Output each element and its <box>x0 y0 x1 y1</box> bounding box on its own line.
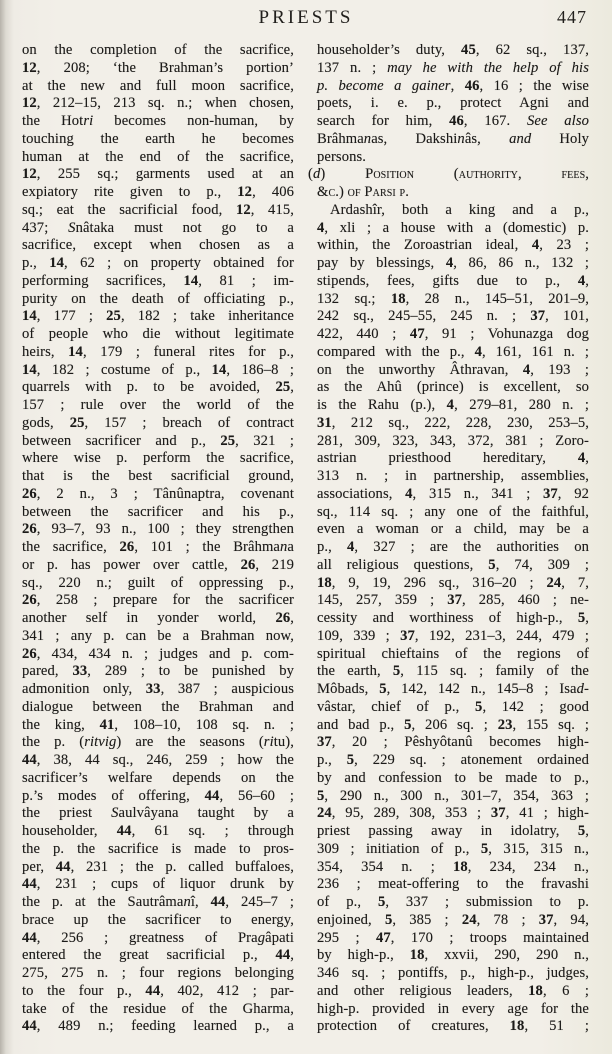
text-line: on the unworthy Âthravan, 4, 193 ; <box>317 362 589 380</box>
text-line: spiritual chieftains of the regions of <box>317 646 589 664</box>
text-line: gods, 25, 157 ; breach of contract <box>22 415 294 433</box>
text-line: 31, 212 sq., 222, 228, 230, 253–5, <box>317 415 589 433</box>
text-line: to the four p., 44, 402, 412 ; par- <box>22 983 294 1001</box>
text-line: as the Ahû (prince) is excellent, so <box>317 379 589 397</box>
text-line: the king, 41, 108–10, 108 sq. n. ; <box>22 717 294 735</box>
text-line: or p. has power over cattle, 26, 219 <box>22 557 294 575</box>
text-line: 44, 489 n.; feeding learned p., a <box>22 1018 294 1036</box>
text-line: 26, 258 ; prepare for the sacrificer <box>22 592 294 610</box>
book-page: PRIESTS 447 on the completion of the sac… <box>0 0 612 1054</box>
text-line: 4, xli ; a house with a (domestic) p. <box>317 220 589 238</box>
text-line: 44, 256 ; greatness of Pragâpati <box>22 930 294 948</box>
text-line: vâstar, chief of p., 5, 142 ; good <box>317 699 589 717</box>
text-line: search for him, 46, 167. See also <box>317 113 589 131</box>
text-line: 242 sq., 245–55, 245 n. ; 37, 101, <box>317 308 589 326</box>
running-head-title: PRIESTS <box>0 7 612 29</box>
text-line: within, the Zoroastrian ideal, 4, 23 ; <box>317 237 589 255</box>
text-line: p., 14, 62 ; on property obtained for <box>22 255 294 273</box>
text-line: is the Rahu (p.), 4, 279–81, 280 n. ; <box>317 397 589 415</box>
text-line: entered the great sacrificial p., 44, <box>22 947 294 965</box>
text-line: 341 ; any p. can be a Brahman now, <box>22 628 294 646</box>
text-line: of people who die without legitimate <box>22 326 294 344</box>
text-line: householder’s duty, 45, 62 sq., 137, <box>317 42 589 60</box>
text-line: take of the residue of the Gharma, <box>22 1001 294 1019</box>
text-line: and other religious leaders, 18, 6 ; <box>317 983 589 1001</box>
text-line: Môbads, 5, 142, 142 n., 145–8 ; Isad- <box>317 681 589 699</box>
text-line: cessity and worthiness of high-p., 5, <box>317 610 589 628</box>
text-line: 37, 20 ; Pêshyôtanû becomes high- <box>317 734 589 752</box>
left-column: on the completion of the sacrifice,12, 2… <box>22 42 294 1036</box>
text-line: poets, i. e. p., protect Agni and <box>317 95 589 113</box>
text-line: 12, 255 sq.; garments used at an <box>22 166 294 184</box>
text-columns: on the completion of the sacrifice,12, 2… <box>22 42 589 1036</box>
text-line: performing sacrifices, 14, 81 ; im- <box>22 273 294 291</box>
text-line: of p., 5, 337 ; submission to p. <box>317 894 589 912</box>
text-line: that is the best sacrificial ground, <box>22 468 294 486</box>
text-line: the earth, 5, 115 sq. ; family of the <box>317 663 589 681</box>
text-line: 281, 309, 323, 343, 372, 381 ; Zoro- <box>317 433 589 451</box>
text-line: 275, 275 n. ; four regions belonging <box>22 965 294 983</box>
text-line: by high-p., 18, xxvii, 290, 290 n., <box>317 947 589 965</box>
text-line: enjoined, 5, 385 ; 24, 78 ; 37, 94, <box>317 912 589 930</box>
text-line: associations, 4, 315 n., 341 ; 37, 92 <box>317 486 589 504</box>
text-line: all religious questions, 5, 74, 309 ; <box>317 557 589 575</box>
text-line: the sacrifice, 26, 101 ; the Brâhmana <box>22 539 294 557</box>
text-line: Brâhmanas, Dakshinâs, and Holy <box>317 131 589 149</box>
text-line: human at the end of the sacrifice, <box>22 149 294 167</box>
text-line: the Hotri becomes non-human, by <box>22 113 294 131</box>
text-line: persons. <box>317 149 589 167</box>
text-line: 354, 354 n. ; 18, 234, 234 n., <box>317 859 589 877</box>
text-line: admonition only, 33, 387 ; auspicious <box>22 681 294 699</box>
text-line: between sacrificer and p., 25, 321 ; <box>22 433 294 451</box>
text-line: another self in yonder world, 26, <box>22 610 294 628</box>
text-line: protection of creatures, 18, 51 ; <box>317 1018 589 1036</box>
text-line: pay by blessings, 4, 86, 86 n., 132 ; <box>317 255 589 273</box>
text-line: &c.) of Parsi p. <box>317 184 589 202</box>
text-line: by and confession to be made to p., <box>317 770 589 788</box>
text-line: p.’s modes of offering, 44, 56–60 ; <box>22 788 294 806</box>
text-line: (d) Position (authority, fees, <box>308 166 589 184</box>
text-line: the p. at the Sautrâmanî, 44, 245–7 ; <box>22 894 294 912</box>
text-line: per, 44, 231 ; the p. called buffaloes, <box>22 859 294 877</box>
text-line: 313 n. ; in partnership, assemblies, <box>317 468 589 486</box>
text-line: 422, 440 ; 47, 91 ; Vohunazga dog <box>317 326 589 344</box>
text-line: the p. (ritvig) are the seasons (ritu), <box>22 734 294 752</box>
text-line: p. become a gainer, 46, 16 ; the wise <box>317 78 589 96</box>
page-number: 447 <box>557 7 587 28</box>
text-line: 346 sq. ; pontiffs, p., high-p., judges, <box>317 965 589 983</box>
text-line: 12, 212–15, 213 sq. n.; when chosen, <box>22 95 294 113</box>
text-line: 295 ; 47, 170 ; troops maintained <box>317 930 589 948</box>
text-line: astrian priesthood hereditary, 4, <box>317 450 589 468</box>
text-line: the p. the sacrifice is made to pros- <box>22 841 294 859</box>
text-line: sq., 114 sq. ; any one of the faithful, <box>317 504 589 522</box>
text-line: 5, 290 n., 300 n., 301–7, 354, 363 ; <box>317 788 589 806</box>
text-line: 18, 9, 19, 296 sq., 316–20 ; 24, 7, <box>317 575 589 593</box>
text-line: compared with the p., 4, 161, 161 n. ; <box>317 344 589 362</box>
text-line: sacrificer’s welfare depends on the <box>22 770 294 788</box>
text-line: 12, 208; ‘the Brahman’s portion’ <box>22 60 294 78</box>
text-line: purity on the death of officiating p., <box>22 291 294 309</box>
text-line: 44, 231 ; cups of liquor drunk by <box>22 876 294 894</box>
text-line: 26, 2 n., 3 ; Tânûnaptra, covenant <box>22 486 294 504</box>
text-line: 14, 182 ; costume of p., 14, 186–8 ; <box>22 362 294 380</box>
text-line: quarrels with p. to be avoided, 25, <box>22 379 294 397</box>
text-line: 26, 434, 434 n. ; judges and p. com- <box>22 646 294 664</box>
text-line: between the sacrificer and his p., <box>22 504 294 522</box>
text-line: 236 ; meat-offering to the fravashi <box>317 876 589 894</box>
text-line: 44, 38, 44 sq., 246, 259 ; how the <box>22 752 294 770</box>
text-line: where wise p. perform the sacrifice, <box>22 450 294 468</box>
text-line: stipends, fees, gifts due to p., 4, <box>317 273 589 291</box>
text-line: heirs, 14, 179 ; funeral rites for p., <box>22 344 294 362</box>
text-line: and bad p., 5, 206 sq. ; 23, 155 sq. ; <box>317 717 589 735</box>
text-line: priest passing away in idolatry, 5, <box>317 823 589 841</box>
text-line: sq., 220 n.; guilt of oppressing p., <box>22 575 294 593</box>
text-line: 109, 339 ; 37, 192, 231–3, 244, 479 ; <box>317 628 589 646</box>
text-line: high-p. provided in every age for the <box>317 1001 589 1019</box>
text-line: p., 5, 229 sq. ; atonement ordained <box>317 752 589 770</box>
text-line: 309 ; initiation of p., 5, 315, 315 n., <box>317 841 589 859</box>
text-line: even a woman or a child, may be a <box>317 521 589 539</box>
text-line: 132 sq.; 18, 28 n., 145–51, 201–9, <box>317 291 589 309</box>
text-line: Ardashîr, both a king and a p., <box>317 202 589 220</box>
text-line: the priest Saulvâyana taught by a <box>22 805 294 823</box>
text-line: 14, 177 ; 25, 182 ; take inheritance <box>22 308 294 326</box>
text-line: 24, 95, 289, 308, 353 ; 37, 41 ; high- <box>317 805 589 823</box>
text-line: expiatory rite given to p., 12, 406 <box>22 184 294 202</box>
text-line: 157 ; rule over the world of the <box>22 397 294 415</box>
text-line: sacrifice, except when chosen as a <box>22 237 294 255</box>
text-line: dialogue between the Brahman and <box>22 699 294 717</box>
text-line: sq.; eat the sacrificial food, 12, 415, <box>22 202 294 220</box>
text-line: 137 n. ; may he with the help of his <box>317 60 589 78</box>
right-column: householder’s duty, 45, 62 sq., 137,137 … <box>317 42 589 1036</box>
text-line: brace up the sacrificer to energy, <box>22 912 294 930</box>
text-line: 26, 93–7, 93 n., 100 ; they strengthen <box>22 521 294 539</box>
text-line: pared, 33, 289 ; to be punished by <box>22 663 294 681</box>
text-line: on the completion of the sacrifice, <box>22 42 294 60</box>
text-line: at the new and full moon sacrifice, <box>22 78 294 96</box>
text-line: touching the earth he becomes <box>22 131 294 149</box>
text-line: 145, 257, 359 ; 37, 285, 460 ; ne- <box>317 592 589 610</box>
text-line: householder, 44, 61 sq. ; through <box>22 823 294 841</box>
text-line: 437; Snâtaka must not go to a <box>22 220 294 238</box>
text-line: p., 4, 327 ; are the authorities on <box>317 539 589 557</box>
